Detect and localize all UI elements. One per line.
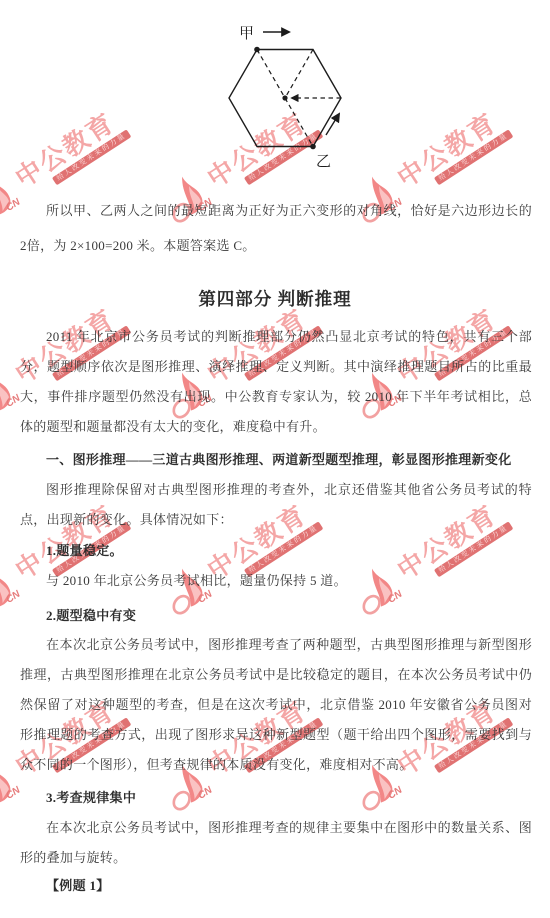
- point2-title: 2.题型稳中有变: [20, 601, 532, 631]
- example-1-label: 【例题 1】: [20, 871, 532, 901]
- jia-position-dot: [254, 47, 260, 53]
- topright-center-dashed-line: [285, 50, 313, 99]
- center-dot: [282, 95, 287, 100]
- point1-title: 1.题量稳定。: [20, 536, 532, 566]
- solution-paragraph: 所以甲、乙两人之间的最短距离为正好为正六变形的对角线，恰好是六边形边长的 2倍，…: [20, 193, 532, 263]
- heading-graphic-reasoning: 一、图形推理——三道古典图形推理、两道新型题型推理，彰显图形推理新变化: [20, 445, 532, 475]
- document-page: 甲 乙 所以甲、乙两人之间的最短距离为正好为正六变形的对角线，恰好是六边形边长的…: [0, 0, 550, 918]
- yi-direction-arrow-icon: [326, 114, 339, 135]
- label-yi: 乙: [316, 154, 331, 170]
- intro-paragraph: 图形推理除保留对古典型图形推理的考查外，北京还借鉴其他省公务员考试的特点，出现新…: [20, 475, 532, 535]
- yi-position-dot: [310, 144, 316, 150]
- point2-text: 在本次北京公务员考试中，图形推理考查了两种题型，古典型图形推理与新型图形推理，古…: [20, 630, 532, 780]
- label-jia: 甲: [239, 25, 254, 42]
- point1-text: 与 2010 年北京公务员考试相比，题量仍保持 5 道。: [20, 566, 532, 596]
- part-title: 第四部分 判断推理: [0, 286, 550, 311]
- hexagon-diagram: 甲 乙: [185, 16, 360, 178]
- point3-text: 在本次北京公务员考试中，图形推理考查的规律主要集中在图形中的数量关系、图形的叠加…: [20, 813, 532, 873]
- point3-title: 3.考查规律集中: [20, 783, 532, 813]
- overview-paragraph: 2011 年北京市公务员考试的判断推理部分仍然凸显北京考试的特色，共有三个部分，…: [20, 322, 532, 442]
